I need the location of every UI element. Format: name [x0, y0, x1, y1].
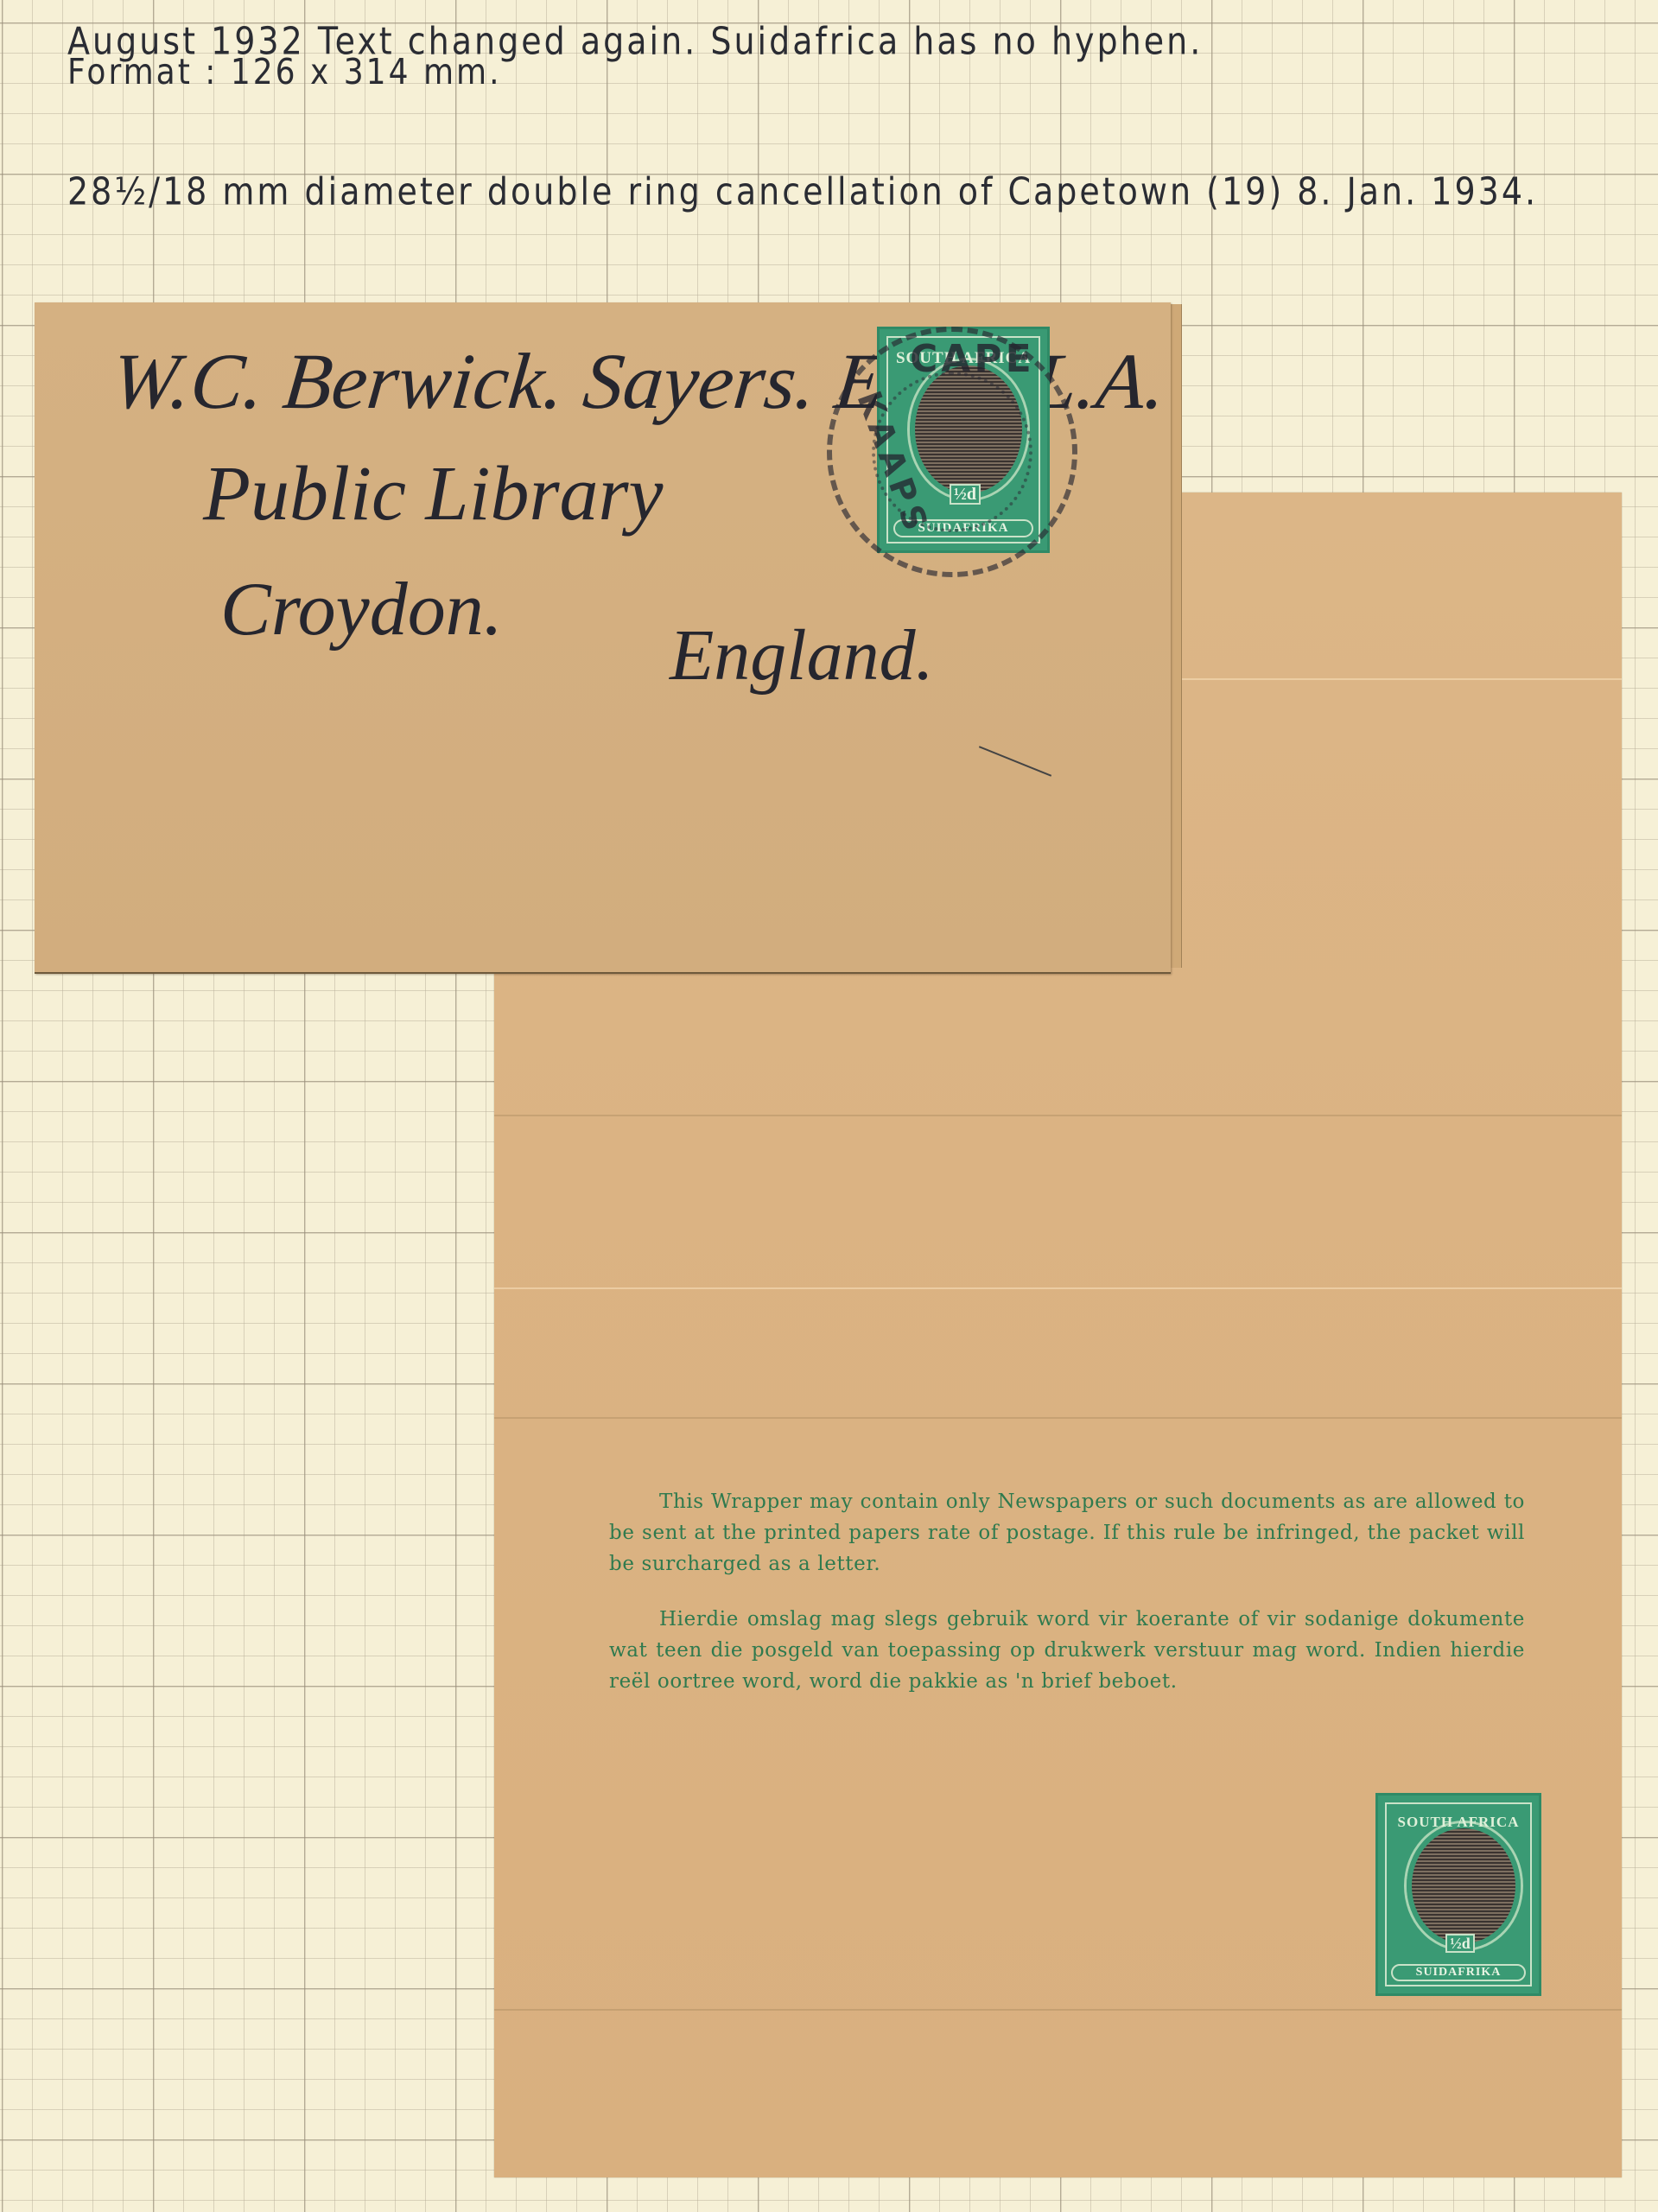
postmark-top-text: CAPE	[910, 337, 1035, 381]
fold-line	[494, 1287, 1622, 1289]
fold-line	[494, 1417, 1622, 1419]
album-note-format: Format : 126 x 314 mm.	[67, 52, 502, 92]
address-institution: Public Library	[203, 449, 664, 538]
imprinted-stamp-wrapper: SOUTH AFRICA ½d SUIDAFRIKA	[1375, 1793, 1541, 1996]
fold-line	[494, 1115, 1622, 1116]
springbok-icon	[1407, 1823, 1520, 1948]
fold-line	[494, 2009, 1622, 2011]
postmark-cancellation: CAPE KAAPS	[827, 327, 1077, 577]
address-country: England.	[670, 613, 934, 697]
pencil-mark	[979, 746, 1051, 777]
address-town: Croydon.	[220, 566, 503, 653]
notice-english: This Wrapper may contain only Newspapers…	[609, 1486, 1525, 1580]
notice-afrikaans: Hierdie omslag mag slegs gebruik word vi…	[609, 1604, 1525, 1697]
album-note-cancellation: 28½/18 mm diameter double ring cancellat…	[67, 169, 1538, 213]
wrapper-notice: This Wrapper may contain only Newspapers…	[609, 1486, 1525, 1721]
